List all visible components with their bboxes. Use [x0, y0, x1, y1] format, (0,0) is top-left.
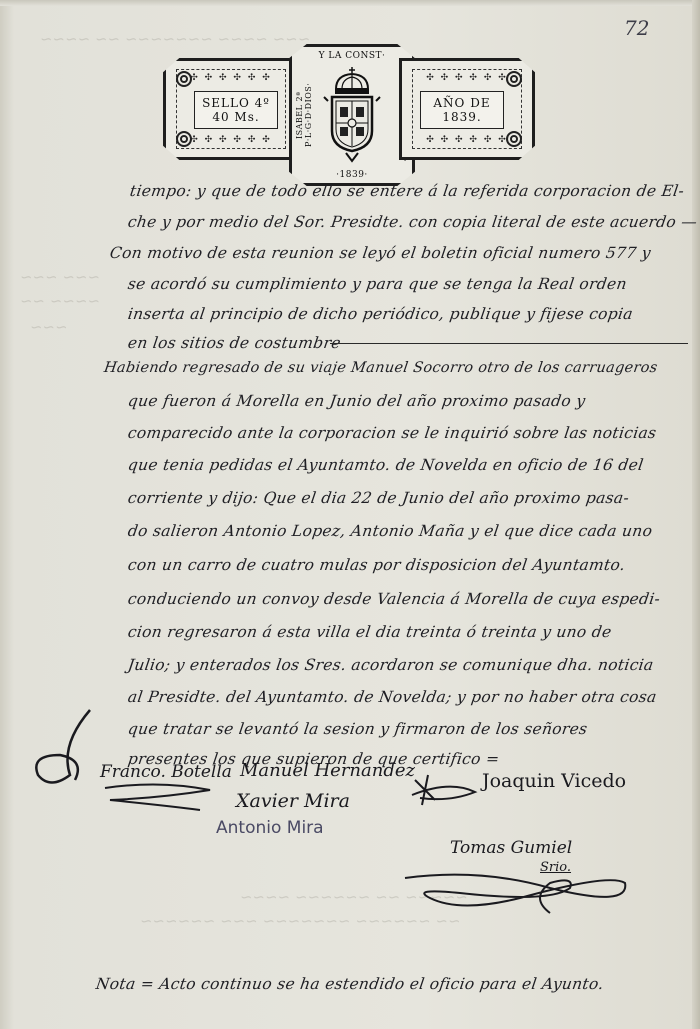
bleed-through-text: ~~~: [28, 318, 71, 336]
stamp-legend-bottom: ·1839·: [292, 170, 412, 180]
notary-flourish-icon: [30, 705, 110, 795]
stamp-right-panel: ✣ ✣ ✣ ✣ ✣ ✣ ✣ AÑO DE 1839. ✣ ✣ ✣ ✣ ✣ ✣ ✣: [399, 58, 535, 160]
signature: Manuel Hernandez: [240, 760, 415, 781]
stamp-year-label: AÑO DE 1839.: [420, 91, 504, 129]
signature: Xavier Mira: [236, 790, 350, 812]
page-top-edge: [0, 0, 700, 6]
stamp-legend-left: ISABEL 2ª P·L·G·D·DIOS·: [295, 65, 307, 165]
bleed-through-text: ~~~~ ~~: [18, 292, 103, 310]
stamp-ornament: ✣ ✣ ✣ ✣ ✣ ✣ ✣: [424, 73, 510, 83]
stamp-seal-label: SELLO 4º 40 Ms.: [194, 91, 278, 129]
folio-number: 72: [624, 16, 649, 40]
signature: Joaquin Vicedo: [482, 770, 626, 792]
text-line: corriente y dijo: Que el dia 22 de Junio…: [127, 489, 631, 507]
footer-note-text: Nota = Acto continuo se ha estendido el …: [95, 975, 605, 993]
coat-of-arms-icon: [322, 65, 382, 165]
text-line: con un carro de cuatro mulas por disposi…: [127, 556, 627, 574]
text-line: Julio; y enterados los Sres. acordaron s…: [127, 656, 655, 674]
text-line: do salieron Antonio Lopez, Antonio Maña …: [127, 522, 654, 540]
stamp-ring-icon: [506, 71, 522, 87]
text-line: Con motivo de esta reunion se leyó el bo…: [109, 244, 652, 262]
text-line: que tratar se levantó la sesion y firmar…: [127, 720, 589, 738]
text-line: tiempo: y que de todo ello se entere á l…: [129, 182, 686, 200]
manuscript-page: ~~~ ~~~~ ~~~~~~~ ~~ ~~~~ ~~~ ~~~ ~~~~ ~~…: [0, 0, 700, 1029]
signature-flourish-icon: [410, 770, 480, 810]
secretary-rubric-icon: [400, 868, 640, 918]
signature: Antonio Mira: [216, 818, 324, 838]
official-stamp: ✣ ✣ ✣ ✣ ✣ ✣ ✣ SELLO 4º 40 Ms. ✣ ✣ ✣ ✣ ✣ …: [163, 44, 535, 180]
text-line: conduciendo un convoy desde Valencia á M…: [127, 590, 662, 608]
signature: Tomas Gumiel: [450, 838, 572, 858]
stamp-seal-class: SELLO 4º: [202, 96, 270, 110]
text-line: en los sitios de costumbre: [127, 334, 342, 352]
text-line: che y por medio del Sor. Presidte. con c…: [127, 213, 699, 231]
text-line: comparecido ante la corporacion se le in…: [127, 424, 658, 442]
stamp-year-value: 1839.: [442, 110, 481, 124]
text-line: inserta al principio de dicho periódico,…: [127, 305, 634, 323]
text-line: al Presidte. del Ayuntamto. de Novelda; …: [127, 688, 658, 706]
bleed-through-text: ~~~ ~~~: [18, 268, 103, 286]
stamp-legend-top: Y LA CONST·: [292, 51, 412, 61]
text-line: que fueron á Morella en Junio del año pr…: [127, 392, 587, 410]
page-right-edge: [692, 0, 700, 1029]
text-line: Habiendo regresado de su viaje Manuel So…: [103, 360, 659, 376]
stamp-ring-icon: [176, 71, 192, 87]
stamp-seal-value: 40 Ms.: [212, 110, 259, 124]
text-line: cion regresaron á esta villa el dia trei…: [127, 623, 613, 641]
stamp-ornament: ✣ ✣ ✣ ✣ ✣ ✣ ✣: [424, 135, 510, 145]
stamp-left-panel: ✣ ✣ ✣ ✣ ✣ ✣ ✣ SELLO 4º 40 Ms. ✣ ✣ ✣ ✣ ✣ …: [163, 58, 299, 160]
text-line: que tenia pedidas el Ayuntamto. de Novel…: [127, 456, 645, 474]
stamp-center-crest: Y LA CONST· ISABEL 2ª P·L·G·D·DIOS· REYN…: [289, 44, 415, 186]
signature: Franco. Botella: [100, 762, 232, 782]
line-filler-rule: [330, 343, 688, 344]
stamp-ornament: ✣ ✣ ✣ ✣ ✣ ✣ ✣: [188, 135, 274, 145]
stamp-ornament: ✣ ✣ ✣ ✣ ✣ ✣ ✣: [188, 73, 274, 83]
signature-flourish-icon: [100, 780, 220, 815]
stamp-year-caption: AÑO DE: [433, 96, 490, 110]
text-line: se acordó su cumplimiento y para que se …: [127, 275, 628, 293]
